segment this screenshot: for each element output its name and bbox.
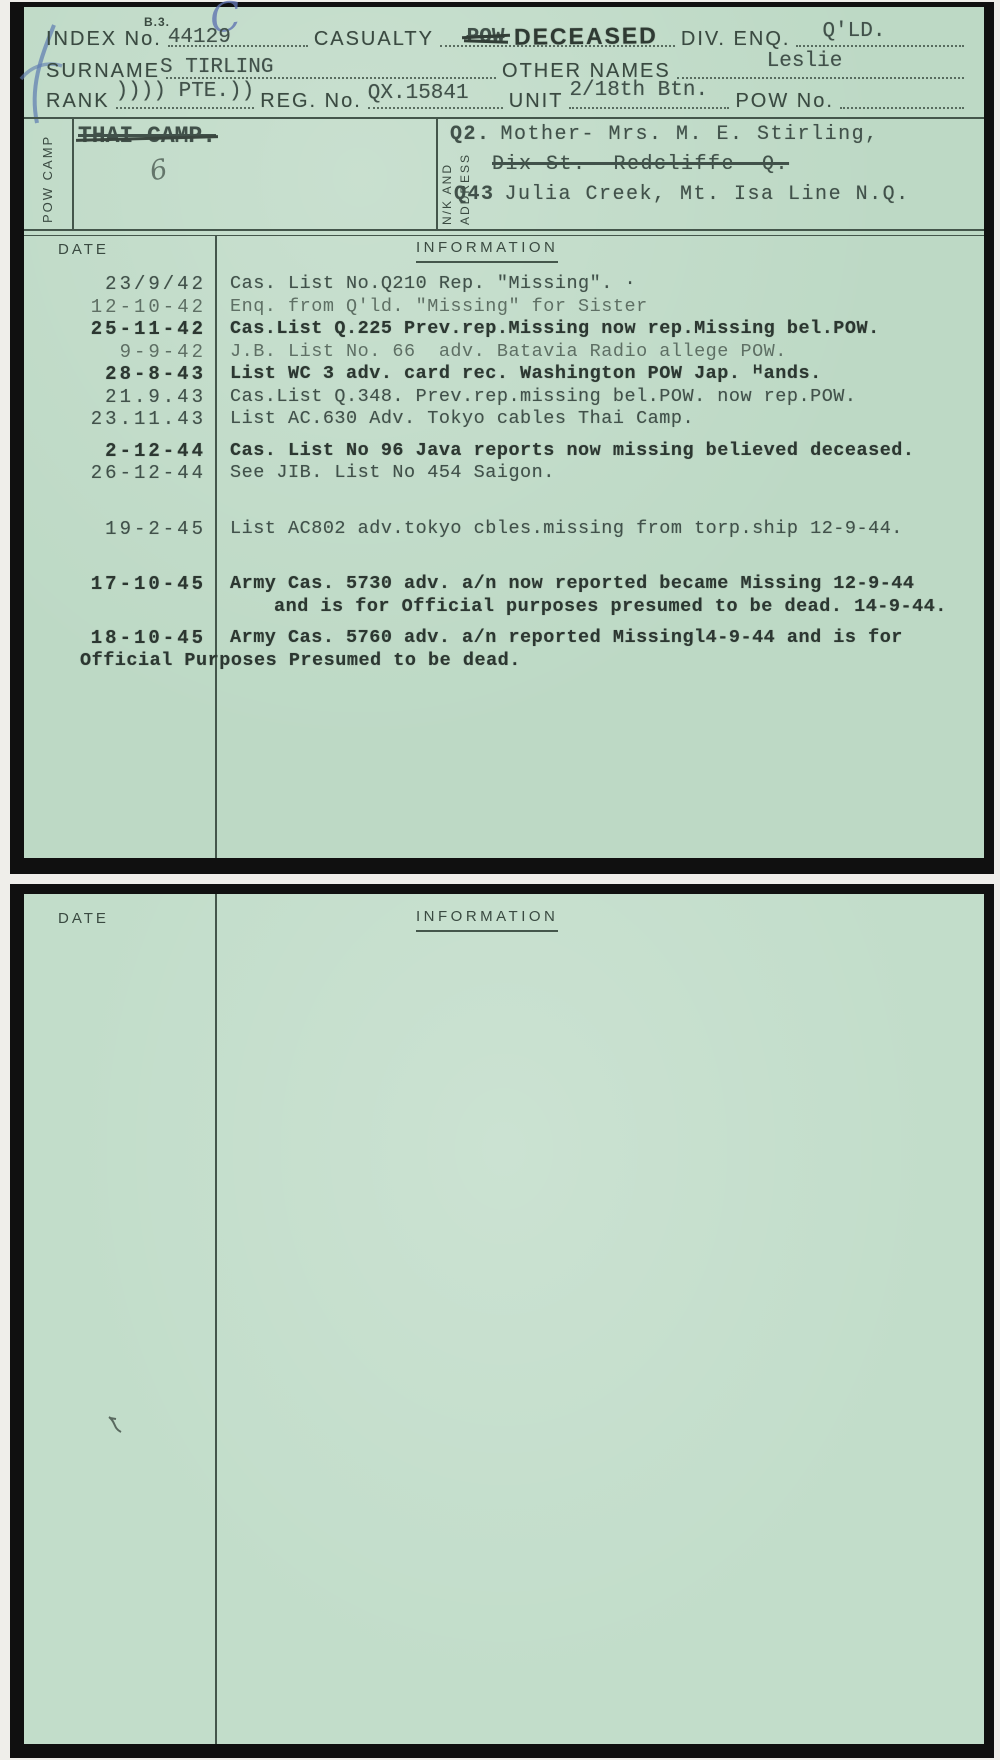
casualty-cancelled-value: POW xyxy=(467,26,505,49)
deceased-stamp: DECEASED xyxy=(514,22,658,51)
table-row: 2-12-44Cas. List No 96 Java reports now … xyxy=(24,440,978,463)
row-date: 23.11.43 xyxy=(24,408,216,431)
table-row: 23.11.43List AC.630 Adv. Tokyo cables Th… xyxy=(24,408,978,431)
table-row: 9-9-42J.B. List No. 66 adv. Batavia Radi… xyxy=(24,341,978,364)
row-information: Cas. List No 96 Java reports now missing… xyxy=(216,440,978,463)
row-date: 25-11-42 xyxy=(24,318,216,341)
small-pencil-mark xyxy=(106,1414,128,1436)
information-column-header: INFORMATION xyxy=(416,239,558,263)
row-information: Enq. from Q'ld. "Missing" for Sister xyxy=(216,296,978,319)
row-information-line: Cas.List Q.348. Prev.rep.missing bel.POW… xyxy=(230,386,978,409)
row-information-line: List WC 3 adv. card rec. Washington POW … xyxy=(230,363,978,386)
row-date: 21.9.43 xyxy=(24,386,216,409)
reg-no-value: QX.15841 xyxy=(368,82,469,105)
info-rows: 23/9/42Cas. List No.Q210 Rep. "Missing".… xyxy=(24,273,978,672)
table-row: 17-10-45Army Cas. 5730 adv. a/n now repo… xyxy=(24,573,978,618)
table-row: 26-12-44See JIB. List No 454 Saigon. xyxy=(24,462,978,485)
unit-value: 2/18th Btn. xyxy=(569,79,708,102)
table-row: 19-2-45List AC802 adv.tokyo cbles.missin… xyxy=(24,518,978,541)
row-date: 26-12-44 xyxy=(24,462,216,485)
pow-camp-vertical-label: POW CAMP xyxy=(40,127,55,223)
row-date: 12-10-42 xyxy=(24,296,216,319)
row-date: 28-8-43 xyxy=(24,363,216,386)
table-row: 25-11-42Cas.List Q.225 Prev.rep.Missing … xyxy=(24,318,978,341)
section-divider-line xyxy=(24,117,984,119)
row-information: Army Cas. 5730 adv. a/n now reported bec… xyxy=(216,573,978,618)
handwritten-camp-mark: 6 xyxy=(147,154,170,188)
row-information-line: Army Cas. 5730 adv. a/n now reported bec… xyxy=(230,573,978,596)
rank-value: )))) PTE.)) xyxy=(116,80,255,103)
row-information: Cas.List Q.225 Prev.rep.Missing now rep.… xyxy=(216,318,978,341)
date-column-divider xyxy=(215,894,217,1744)
casualty-index-card-back: DATE INFORMATION xyxy=(10,884,994,1758)
table-row: 21.9.43Cas.List Q.348. Prev.rep.missing … xyxy=(24,386,978,409)
date-column-header: DATE xyxy=(58,241,109,258)
row-date: 19-2-45 xyxy=(24,518,216,541)
row-information-line: Official Purposes Presumed to be dead. xyxy=(80,650,978,673)
row-information: List AC802 adv.tokyo cbles.missing from … xyxy=(216,518,978,541)
row-information: Cas.List Q.348. Prev.rep.missing bel.POW… xyxy=(216,386,978,409)
reg-no-label: REG. No. xyxy=(260,90,362,113)
surname-value: S TIRLING xyxy=(160,56,273,79)
index-no-value: 44129 xyxy=(168,26,231,49)
casualty-index-card-front: C B.3. INDEX No. 44129 CASUALTY POW DECE… xyxy=(10,2,994,874)
row-information: List WC 3 adv. card rec. Washington POW … xyxy=(216,363,978,386)
other-names-value: Leslie xyxy=(767,50,843,73)
row-information: See JIB. List No 454 Saigon. xyxy=(216,462,978,485)
row-information-line: Cas. List No 96 Java reports now missing… xyxy=(230,440,978,463)
index-no-label: INDEX No. xyxy=(46,28,162,51)
row-information-line: List AC802 adv.tokyo cbles.missing from … xyxy=(230,518,978,541)
row-date: 2-12-44 xyxy=(24,440,216,463)
div-enq-value: Q'LD. xyxy=(822,20,885,43)
row-information: List AC.630 Adv. Tokyo cables Thai Camp. xyxy=(216,408,978,431)
row-date: 9-9-42 xyxy=(24,341,216,364)
unit-label: UNIT xyxy=(509,90,564,113)
rank-label: RANK xyxy=(46,90,110,113)
information-column-header: INFORMATION xyxy=(416,908,558,932)
row-information-line: Cas. List No.Q210 Rep. "Missing". · xyxy=(230,273,978,296)
nok-line-1: Q2. Mother- Mrs. M. E. Stirling, xyxy=(450,123,879,146)
row-date: 23/9/42 xyxy=(24,273,216,296)
date-column-header: DATE xyxy=(58,910,109,927)
row-information-line: Cas.List Q.225 Prev.rep.Missing now rep.… xyxy=(230,318,978,341)
nok-line-3: Q43 Julia Creek, Mt. Isa Line N.Q. xyxy=(454,183,910,206)
nok-box-line xyxy=(436,119,438,229)
table-row: 12-10-42Enq. from Q'ld. "Missing" for Si… xyxy=(24,296,978,319)
nok-ref-1: Q2. xyxy=(450,123,491,146)
row-information-line: J.B. List No. 66 adv. Batavia Radio alle… xyxy=(230,341,978,364)
row-information-line: See JIB. List No 454 Saigon. xyxy=(230,462,978,485)
table-row: 23/9/42Cas. List No.Q210 Rep. "Missing".… xyxy=(24,273,978,296)
pow-camp-box-line xyxy=(72,119,74,229)
row-date: 17-10-45 xyxy=(24,573,216,596)
table-row: 18-10-45Army Cas. 5760 adv. a/n reported… xyxy=(24,627,978,672)
rank-reg-unit-row: RANK )))) PTE.)) REG. No. QX.15841 UNIT … xyxy=(46,83,970,113)
pow-no-label: POW No. xyxy=(735,90,833,113)
table-row: 28-8-43List WC 3 adv. card rec. Washingt… xyxy=(24,363,978,386)
row-information-line: and is for Official purposes presumed to… xyxy=(230,596,978,619)
row-information: Army Cas. 5760 adv. a/n reported Missing… xyxy=(216,627,978,672)
scanned-document-page: { "card1": { "form_code": "B.3.", "penci… xyxy=(0,0,1000,1760)
row-date: 18-10-45 xyxy=(24,627,216,650)
row-information: J.B. List No. 66 adv. Batavia Radio alle… xyxy=(216,341,978,364)
pow-camp-cancelled-entry: THAI CAMP. xyxy=(78,123,216,149)
nok-ref-2: Q43 xyxy=(454,183,495,206)
row-information-line: Army Cas. 5760 adv. a/n reported Missing… xyxy=(230,627,978,650)
table-top-double-line xyxy=(24,229,984,236)
nok-line-2-cancelled: Dix-St.--Redcliffe--Q. xyxy=(492,153,789,176)
row-information: Cas. List No.Q210 Rep. "Missing". · xyxy=(216,273,978,296)
row-information-line: Enq. from Q'ld. "Missing" for Sister xyxy=(230,296,978,319)
row-information-line: List AC.630 Adv. Tokyo cables Thai Camp. xyxy=(230,408,978,431)
